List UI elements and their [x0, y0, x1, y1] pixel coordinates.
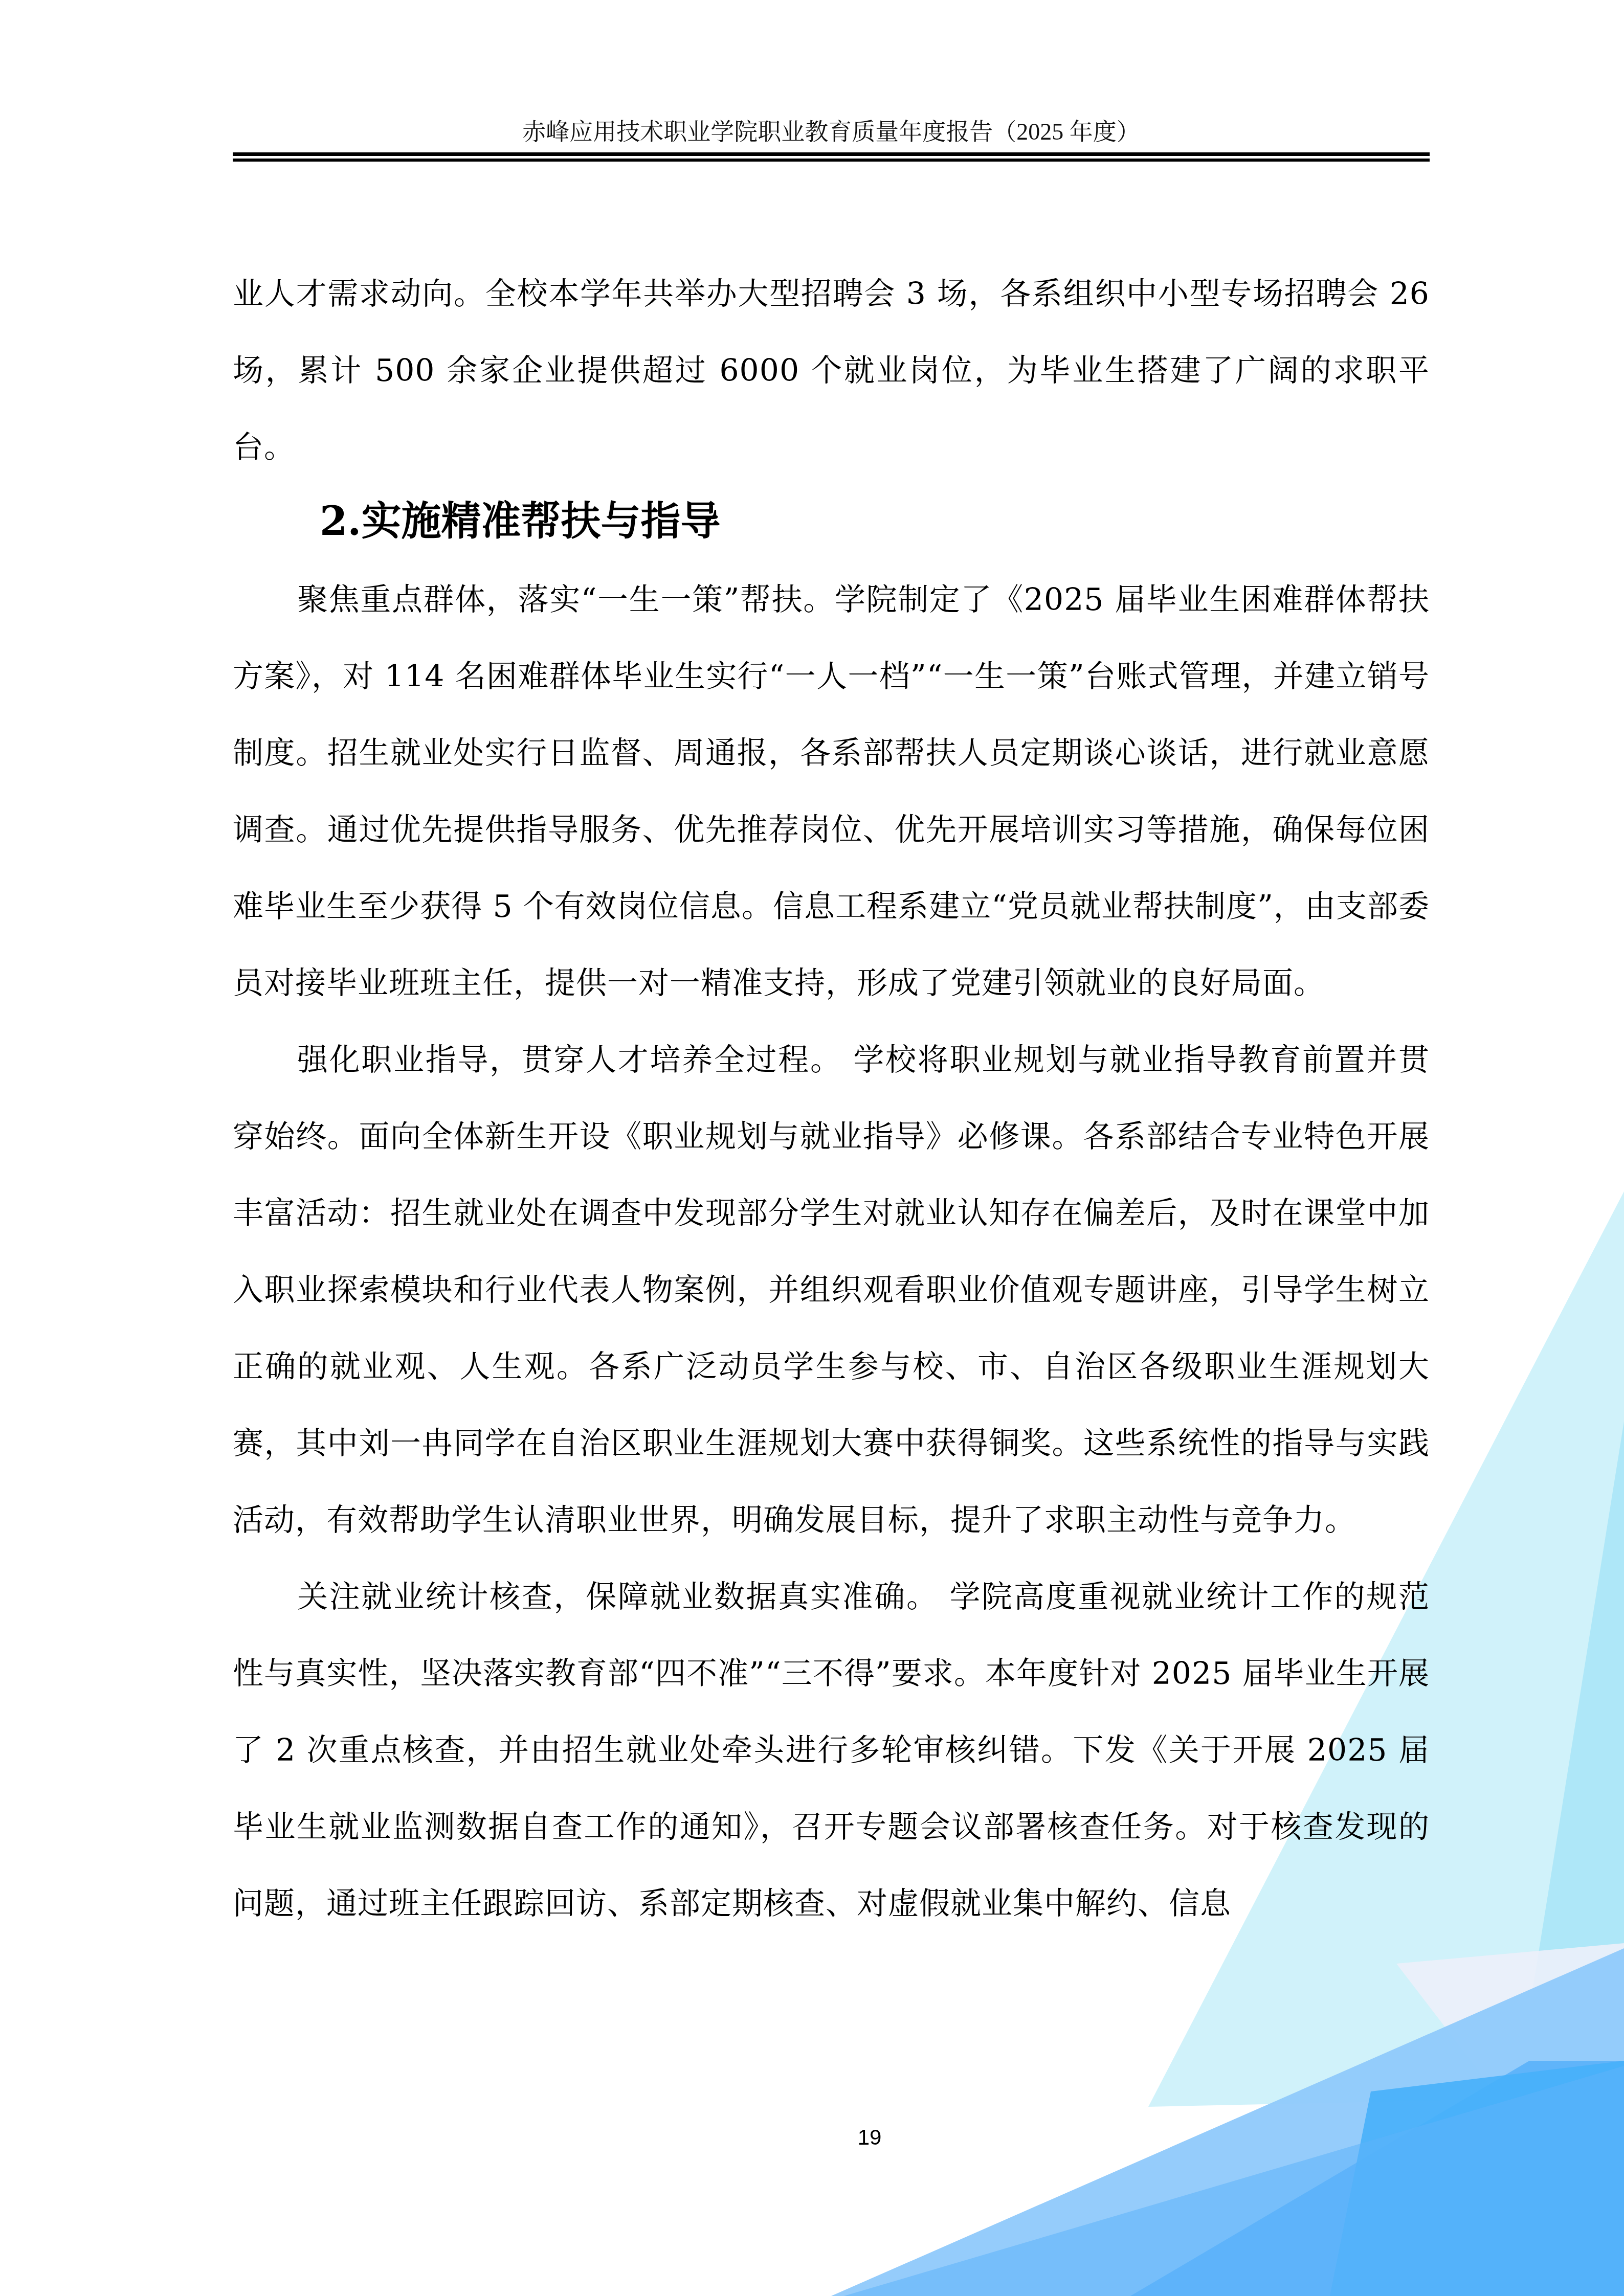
deco-triangle-lavender — [1396, 1943, 1624, 2260]
section-heading: 2.实施精准帮扶与指导 — [233, 486, 1430, 561]
header-rule-thin — [233, 159, 1430, 162]
document-body: 业人才需求动向。全校本学年共举办大型招聘会 3 场，各系组织中小型专场招聘会 2… — [233, 256, 1430, 1942]
deco-triangle-bottom-strip — [844, 2066, 1624, 2296]
paragraph-employment-statistics: 关注就业统计核查，保障就业数据真实准确。 学院高度重视就业统计工作的规范性与真实… — [233, 1559, 1430, 1942]
deco-triangle-light-cyan — [1483, 1422, 1624, 2296]
paragraph-career-guidance: 强化职业指导，贯穿人才培养全过程。 学校将职业规划与就业指导教育前置并贯穿始终。… — [233, 1022, 1430, 1559]
header-rule-thick — [233, 152, 1430, 156]
page-number: 19 — [767, 2122, 972, 2153]
intro-paragraph: 业人才需求动向。全校本学年共举办大型招聘会 3 场，各系组织中小型专场招聘会 2… — [233, 256, 1430, 486]
deco-triangle-medium-blue — [1130, 2061, 1624, 2296]
deco-triangle-bright-blue — [1330, 2061, 1624, 2296]
running-header-title: 赤峰应用技术职业学院职业教育质量年度报告（2025 年度） — [233, 117, 1430, 147]
paragraph-targeted-support: 聚焦重点群体，落实“一生一策”帮扶。学院制定了《2025 届毕业生困难群体帮扶方… — [233, 561, 1430, 1022]
